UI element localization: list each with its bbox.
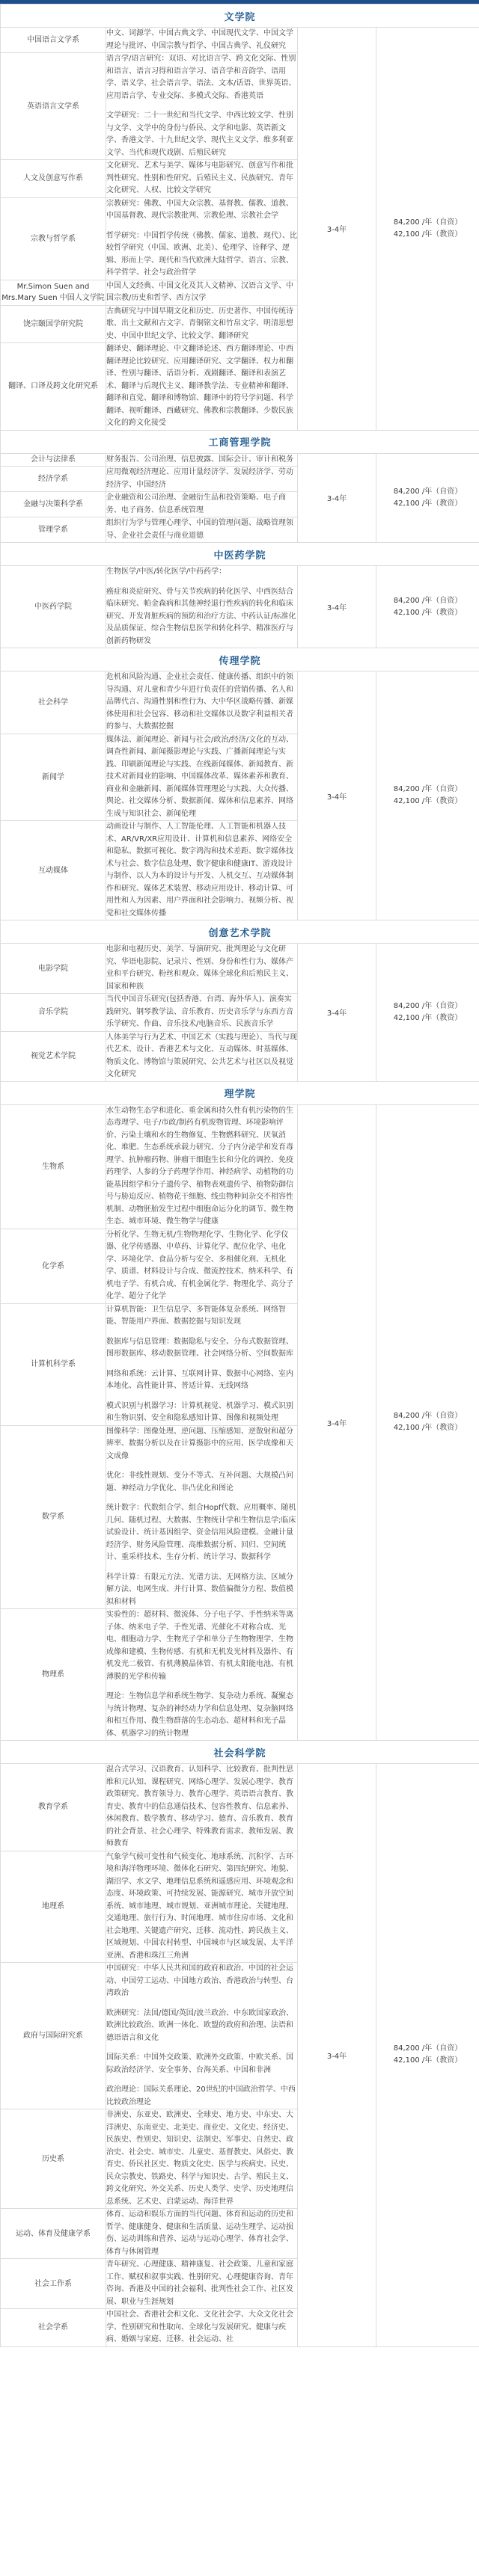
research-direction-paragraph: 哲学研究：中国哲学传统（佛教、儒家、道教、现代）、比较哲学研究（中国、欧洲、北美… (106, 230, 297, 280)
research-direction-paragraph: 人体美学与行为艺术、中国艺术（实践与理论）、当代与现代艺术、设计、香港艺术与文化… (106, 1032, 297, 1081)
tuition-fee-ugc-funded: 42,100 /年（教资） (376, 1012, 479, 1024)
department-name: 生物系 (1, 1104, 106, 1229)
research-directions: 计算机智能：卫生信息学、多智能体复杂系统、网络智能、智能用户界面、数据挖掘与知识… (106, 1303, 298, 1425)
research-directions: 人体美学与行为艺术、中国艺术（实践与理论）、当代与现代艺术、设计、香港艺术与文化… (106, 1031, 298, 1081)
research-direction-paragraph: 优化：非线性规划、变分不等式、互补问题、大规模凸问题、神经动力学优化、非凸优化和… (106, 1470, 297, 1495)
research-directions: 生物医学/中医/转化医学/中药药学：癌症和炎症研究、骨与关节疾病的转化医学、中西… (106, 566, 298, 648)
department-row: 社会科学危机和风险沟通、企业社会责任、健康传播、组织中的领导沟通、对儿童和青少年… (1, 671, 479, 734)
research-direction-paragraph: 媒体法、新闻理论、新闻与社会/政治/经济/文化的互动、调查性新闻、新闻摄影理论与… (106, 734, 297, 821)
department-name: 化学系 (1, 1229, 106, 1303)
faculty-title: 创意艺术学院 (1, 920, 479, 944)
faculty-title: 传理学院 (1, 648, 479, 671)
department-row: 中国语言文学系中文、词源学、中国古典文学、中国现代文学、中国文学理论与批评、中国… (1, 28, 479, 53)
research-direction-paragraph: 语言学/语言研究：双语、对比语言学、跨文化交际、性别和语言、语言习得和语言学习、… (106, 53, 297, 102)
research-direction-paragraph: 动画设计与制作、人工智能伦理、人工智能和机器人技术、AR/VR/XR应用设计、计… (106, 821, 297, 920)
faculty-header-row: 理学院 (1, 1081, 479, 1104)
tuition-fee: 84,200 /年（自资）42,100 /年（教资） (376, 566, 479, 648)
department-name: 中国语言文学系 (1, 28, 106, 53)
department-name: 翻译、口译及跨文化研究系 (1, 343, 106, 431)
department-name: 管理学系 (1, 517, 106, 543)
research-direction-paragraph: 文化研究、艺术与美学、媒体与电影研究、创意写作和批判性研究、性别和性研究、后殖民… (106, 160, 297, 197)
research-direction-paragraph: 水生动物生态学和进化、重金属和持久性有机污染物的生态毒理学、电子/市政/制药有机… (106, 1105, 297, 1229)
faculty-header-row: 工商管理学院 (1, 430, 479, 453)
department-row: 教育学系混合式学习、汉语教育、认知科学、比较教育、批判性思维和元认知、课程研究、… (1, 1764, 479, 1851)
department-name: 饶宗颐国学研究院 (1, 305, 106, 343)
faculty-title: 中医药学院 (1, 543, 479, 566)
tuition-fee-self-funded: 84,200 /年（自资） (376, 1410, 479, 1422)
department-name: 会计与法律系 (1, 453, 106, 467)
research-directions: 混合式学习、汉语教育、认知科学、比较教育、批判性思维和元认知、课程研究、网络心理… (106, 1764, 298, 1851)
research-directions: 媒体法、新闻理论、新闻与社会/政治/经济/文化的互动、调查性新闻、新闻摄影理论与… (106, 734, 298, 821)
research-direction-paragraph: 癌症和炎症研究、骨与关节疾病的转化医学、中西医结合临床研究、帕金森病和其他神经退… (106, 586, 297, 648)
research-direction-paragraph: 中国研究：中华人民共和国的政府和政治、中国的社会运动、中国劳工运动、中国地方政治… (106, 1963, 297, 2000)
program-duration: 3-4年 (298, 566, 376, 648)
faculty-header-row: 传理学院 (1, 648, 479, 671)
research-directions: 电影和电视历史、美学、导演研究、批判理论与文化研究、华语电影院、记录片、性别、身… (106, 944, 298, 994)
tuition-fee-self-funded: 84,200 /年（自资） (376, 1000, 479, 1012)
research-directions: 中国研究：中华人民共和国的政府和政治、中国的社会运动、中国劳工运动、中国地方政治… (106, 1963, 298, 2109)
research-direction-paragraph: 科学计算：有限元方法、光谱方法、无网格方法、区域分解方法、电网生成、并行计算、数… (106, 1572, 297, 1609)
program-duration: 3-4年 (298, 1104, 376, 1741)
research-direction-paragraph: 混合式学习、汉语教育、认知科学、比较教育、批判性思维和元认知、课程研究、网络心理… (106, 1764, 297, 1851)
department-name: 宗教与哲学系 (1, 197, 106, 280)
tuition-fee: 84,200 /年（自资）42,100 /年（教资） (376, 28, 479, 431)
department-name: 运动、体育及健康学系 (1, 2209, 106, 2259)
research-direction-paragraph: 网络和系统：云计算、互联网计算、数据中心网络、室内本地化、高性能计算、普适计算、… (106, 1368, 297, 1393)
research-directions: 水生动物生态学和进化、重金属和持久性有机污染物的生态毒理学、电子/市政/制药有机… (106, 1104, 298, 1229)
tuition-fee-self-funded: 84,200 /年（自资） (376, 784, 479, 796)
department-row: 会计与法律系财务报告、公司治理、信息披露、国际会计、审计和税务3-4年84,20… (1, 453, 479, 467)
research-directions: 财务报告、公司治理、信息披露、国际会计、审计和税务 (106, 453, 298, 467)
research-directions: 分析化学、生物无机/生物物理化学、生物化学、化学仪器、化学传感器、中草药、计算化… (106, 1229, 298, 1303)
department-name: 英语语言文学系 (1, 53, 106, 160)
research-directions: 组织行为学与管理心理学、中国的管理问题、战略管理领导、企业社会责任与商业道德 (106, 517, 298, 543)
tuition-fee-ugc-funded: 42,100 /年（教资） (376, 1422, 479, 1434)
research-direction-paragraph: 模式识别与机器学习：计算机视觉、机器学习、模式识别和生物识别、安全和隐私感知计算… (106, 1401, 297, 1425)
research-directions: 企业融资和公司治理、金融衍生品和投资策略、电子商务、电子商务、信息系统管理 (106, 492, 298, 517)
department-name: 地理系 (1, 1851, 106, 1963)
department-name: 政府与国际研究系 (1, 1963, 106, 2109)
faculty-title: 文学院 (1, 4, 479, 28)
department-name: 社会学系 (1, 2309, 106, 2347)
research-direction-paragraph: 图像科学：图像处理、逆问题、压缩感知、逆散射和超分辨率、数据分析以及在计算摄影中… (106, 1426, 297, 1463)
tuition-fee-self-funded: 84,200 /年（自资） (376, 595, 479, 607)
department-row: 中医药学院生物医学/中医/转化医学/中药药学：癌症和炎症研究、骨与关节疾病的转化… (1, 566, 479, 648)
research-directions: 翻译史、翻译理论、中文翻译论述、西方翻译理论、中西翻译理论比较研究、应用翻译研究… (106, 343, 298, 431)
department-name: 历史系 (1, 2109, 106, 2209)
research-directions: 应用微观经济理论、应用计量经济学、发展经济学、劳动经济学、中国经济 (106, 467, 298, 492)
program-duration: 3-4年 (298, 1764, 376, 2347)
program-duration: 3-4年 (298, 944, 376, 1082)
faculty-title: 理学院 (1, 1081, 479, 1104)
tuition-fee: 84,200 /年（自资）42,100 /年（教资） (376, 1104, 479, 1741)
research-direction-paragraph: 组织行为学与管理心理学、中国的管理问题、战略管理领导、企业社会责任与商业道德 (106, 517, 297, 542)
research-direction-paragraph: 危机和风险沟通、企业社会责任、健康传播、组织中的领导沟通、对儿童和青少年进行负责… (106, 671, 297, 734)
department-name: 社会工作系 (1, 2259, 106, 2309)
department-name: 互动媒体 (1, 821, 106, 920)
research-directions: 古典研究与中国早期文化和历史、历史著作、中国传统诗歌、出土文献和古文字、青铜铭文… (106, 305, 298, 343)
faculty-title: 社会科学院 (1, 1741, 479, 1764)
department-name: Mr.Simon Suen and Mrs.Mary Suen 中国人文学院 (1, 280, 106, 305)
research-direction-paragraph: 非洲史、东亚史、欧洲史、全球史、地方史、中东史、大洋洲史、东南亚史、北美史、商业… (106, 2109, 297, 2208)
research-direction-paragraph: 气象学气候可变性和气候变化、地球系统、沉积学、古环境和海洋物理环境、微体化石研究… (106, 1851, 297, 1963)
department-name: 计算机科学系 (1, 1303, 106, 1425)
research-direction-paragraph: 欧洲研究：法国/德国/英国/波兰政治、中东欧国家政治、欧洲比较政治、欧洲一体化、… (106, 2008, 297, 2045)
research-directions: 宗教研究：佛教、中国大众宗教、基督教、儒教、道教、中国基督教、现代宗教批判、宗教… (106, 197, 298, 280)
program-duration: 3-4年 (298, 28, 376, 431)
research-directions: 危机和风险沟通、企业社会责任、健康传播、组织中的领导沟通、对儿童和青少年进行负责… (106, 671, 298, 734)
department-name: 数学系 (1, 1425, 106, 1609)
department-name: 新闻学 (1, 734, 106, 821)
research-directions: 非洲史、东亚史、欧洲史、全球史、地方史、中东史、大洋洲史、东南亚史、北美史、商业… (106, 2109, 298, 2209)
research-directions: 实验性的：超材料、微流体、分子电子学、手性纳米等离子体、纳米电子学、手性光谱、光… (106, 1609, 298, 1741)
research-direction-paragraph: 数据库与信息管理：数据隐私与安全、分布式数据管理、图形数据库、移动数据管理、社会… (106, 1336, 297, 1361)
tuition-fee: 84,200 /年（自资）42,100 /年（教资） (376, 671, 479, 920)
department-name: 电影学院 (1, 944, 106, 994)
department-name: 金融与决策科学系 (1, 492, 106, 517)
research-direction-paragraph: 古典研究与中国早期文化和历史、历史著作、中国传统诗歌、出土文献和古文字、青铜铭文… (106, 306, 297, 343)
tuition-fee-ugc-funded: 42,100 /年（教资） (376, 2055, 479, 2067)
research-direction-paragraph: 体育、运动和娱乐方面的当代问题、体育和运动的历史和哲学、健康健身、健康和生活质量… (106, 2209, 297, 2258)
faculty-header-row: 中医药学院 (1, 543, 479, 566)
faculty-title: 工商管理学院 (1, 430, 479, 453)
research-direction-paragraph: 实验性的：超材料、微流体、分子电子学、手性纳米等离子体、纳米电子学、手性光谱、光… (106, 1609, 297, 1683)
department-name: 视觉艺术学院 (1, 1031, 106, 1081)
research-direction-paragraph: 统计数字：代数组合学、组合Hopf代数、应用概率、随机几何、随机过程、大数据、生… (106, 1502, 297, 1564)
faculty-header-row: 创意艺术学院 (1, 920, 479, 944)
department-row: 电影学院电影和电视历史、美学、导演研究、批判理论与文化研究、华语电影院、记录片、… (1, 944, 479, 994)
department-name: 社会科学 (1, 671, 106, 734)
programs-table-body: 文学院中国语言文学系中文、词源学、中国古典文学、中国现代文学、中国文学理论与批评… (1, 4, 479, 2347)
research-direction-paragraph: 翻译史、翻译理论、中文翻译论述、西方翻译理论、中西翻译理论比较研究、应用翻译研究… (106, 343, 297, 430)
program-duration: 3-4年 (298, 453, 376, 543)
research-direction-paragraph: 宗教研究：佛教、中国大众宗教、基督教、儒教、道教、中国基督教、现代宗教批判、宗教… (106, 198, 297, 223)
research-direction-paragraph: 电影和电视历史、美学、导演研究、批判理论与文化研究、华语电影院、记录片、性别、身… (106, 944, 297, 993)
research-directions: 中国人文经典、中国文化及其人文精神、汉语言文学、中国宗教/历史和哲学、西方汉学 (106, 280, 298, 305)
research-directions: 气象学气候可变性和气候变化、地球系统、沉积学、古环境和海洋物理环境、微体化石研究… (106, 1851, 298, 1963)
research-direction-paragraph: 财务报告、公司治理、信息披露、国际会计、审计和税务 (106, 454, 297, 467)
tuition-fee-self-funded: 84,200 /年（自资） (376, 2043, 479, 2055)
research-direction-paragraph: 当代中国音乐研究(包括香港、台湾、海外华人)、演奏实践研究、钢琴教学法、音乐教育… (106, 994, 297, 1031)
research-directions: 青年研究、心理健康、精神康复、社会政策、儿童和家庭工作、赋权和叙事实践、性别研究… (106, 2259, 298, 2309)
research-directions: 语言学/语言研究：双语、对比语言学、跨文化交际、性别和语言、语言习得和语言学习、… (106, 53, 298, 160)
research-direction-paragraph: 中国社会、香港社会和文化、文化社会学、大众文化社会学、性别研究和性取向、全球化与… (106, 2309, 297, 2346)
department-name: 音乐学院 (1, 994, 106, 1032)
research-directions: 中国社会、香港社会和文化、文化社会学、大众文化社会学、性别研究和性取向、全球化与… (106, 2309, 298, 2347)
research-direction-paragraph: 生物医学/中医/转化医学/中药药学： (106, 566, 297, 579)
research-direction-paragraph: 应用微观经济理论、应用计量经济学、发展经济学、劳动经济学、中国经济 (106, 467, 297, 491)
department-name: 物理系 (1, 1609, 106, 1741)
research-direction-paragraph: 企业融资和公司治理、金融衍生品和投资策略、电子商务、电子商务、信息系统管理 (106, 492, 297, 517)
tuition-fee-ugc-funded: 42,100 /年（教资） (376, 607, 479, 619)
tuition-fee-ugc-funded: 42,100 /年（教资） (376, 796, 479, 808)
faculty-header-row: 社会科学院 (1, 1741, 479, 1764)
tuition-fee-self-funded: 84,200 /年（自资） (376, 217, 479, 229)
research-directions: 图像科学：图像处理、逆问题、压缩感知、逆散射和超分辨率、数据分析以及在计算摄影中… (106, 1425, 298, 1609)
research-directions: 动画设计与制作、人工智能伦理、人工智能和机器人技术、AR/VR/XR应用设计、计… (106, 821, 298, 920)
research-direction-paragraph: 中国人文经典、中国文化及其人文精神、汉语言文学、中国宗教/历史和哲学、西方汉学 (106, 280, 297, 305)
research-direction-paragraph: 计算机智能：卫生信息学、多智能体复杂系统、网络智能、智能用户界面、数据挖掘与知识… (106, 1304, 297, 1329)
tuition-fee-ugc-funded: 42,100 /年（教资） (376, 498, 479, 510)
research-direction-paragraph: 文学研究：二十一世纪和当代文学、中西比较文学、性别与文学、文学中的身份与侨民、文… (106, 110, 297, 159)
research-direction-paragraph: 理论：生物信息学和系统生物学、复杂动力系统、凝聚态与统计物理、复杂的神经动力学和… (106, 1691, 297, 1740)
research-directions: 当代中国音乐研究(包括香港、台湾、海外华人)、演奏实践研究、钢琴教学法、音乐教育… (106, 994, 298, 1032)
research-direction-paragraph: 中文、词源学、中国古典文学、中国现代文学、中国文学理论与批评、中国宗教与哲学、中… (106, 28, 297, 52)
department-name: 经济学系 (1, 467, 106, 492)
research-direction-paragraph: 政治理论：国际关系理论、20世纪的中国政治哲学、中西比较政治理论 (106, 2084, 297, 2109)
research-direction-paragraph: 分析化学、生物无机/生物物理化学、生物化学、化学仪器、化学传感器、中草药、计算化… (106, 1229, 297, 1303)
research-direction-paragraph: 国际关系：中国外交政策、欧洲外交政策、中欧关系、国际政治经济学、安全事务、台海关… (106, 2052, 297, 2077)
department-name: 中医药学院 (1, 566, 106, 648)
tuition-fee-ugc-funded: 42,100 /年（教资） (376, 229, 479, 241)
research-programs-table: 文学院中国语言文学系中文、词源学、中国古典文学、中国现代文学、中国文学理论与批评… (0, 4, 479, 2347)
department-name: 教育学系 (1, 1764, 106, 1851)
program-duration: 3-4年 (298, 671, 376, 920)
tuition-fee: 84,200 /年（自资）42,100 /年（教资） (376, 453, 479, 543)
research-direction-paragraph: 青年研究、心理健康、精神康复、社会政策、儿童和家庭工作、赋权和叙事实践、性别研究… (106, 2259, 297, 2308)
research-directions: 体育、运动和娱乐方面的当代问题、体育和运动的历史和哲学、健康健身、健康和生活质量… (106, 2209, 298, 2259)
department-name: 人文及创意写作系 (1, 160, 106, 198)
research-directions: 中文、词源学、中国古典文学、中国现代文学、中国文学理论与批评、中国宗教与哲学、中… (106, 28, 298, 53)
tuition-fee: 84,200 /年（自资）42,100 /年（教资） (376, 944, 479, 1082)
tuition-fee: 84,200 /年（自资）42,100 /年（教资） (376, 1764, 479, 2347)
faculty-header-row: 文学院 (1, 4, 479, 28)
department-row: 生物系水生动物生态学和进化、重金属和持久性有机污染物的生态毒理学、电子/市政/制… (1, 1104, 479, 1229)
research-directions: 文化研究、艺术与美学、媒体与电影研究、创意写作和批判性研究、性别和性研究、后殖民… (106, 160, 298, 198)
tuition-fee-self-funded: 84,200 /年（自资） (376, 486, 479, 498)
